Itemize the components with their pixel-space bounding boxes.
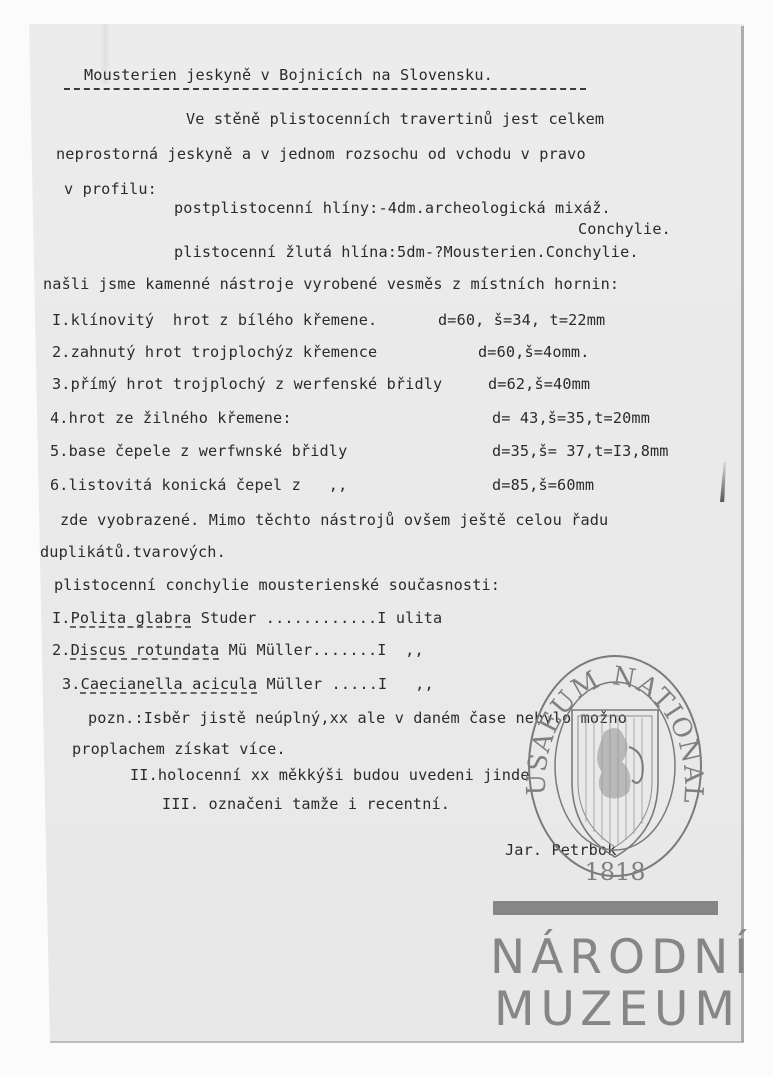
profile-line-3: plistocenní žlutá hlína:5dm-?Mousterien.… <box>174 243 639 261</box>
profile-line-2: Conchylie. <box>578 220 671 238</box>
shell-item-3-num: 3. <box>62 675 81 693</box>
tool-item-4-dims: d= 43,š=35,t=20mm <box>492 409 650 427</box>
profile-line-1: postplistocenní hlíny:-4dm.archeologická… <box>174 199 611 217</box>
logo-line-2: MUZEUM <box>494 986 741 1034</box>
note-line-3: II.holocenní xx měkkýši budou uvedeni ji… <box>130 766 530 784</box>
tool-item-6-dims: d=85,š=60mm <box>492 476 594 494</box>
logo-bar <box>493 901 718 915</box>
lion-shield-icon <box>572 710 658 857</box>
scanned-document: Mousterien jeskyně v Bojnicích na Sloven… <box>0 0 773 1077</box>
shell-item-1-num: I. <box>52 609 71 627</box>
paper-edge-bottom <box>50 1041 744 1043</box>
tool-item-2-desc: 2.zahnutý hrot trojplochýz křemence <box>52 343 377 361</box>
shells-intro: plistocenní conchylie mousterienské souč… <box>54 576 500 594</box>
tool-item-2-dims: d=60,š=4omm. <box>478 343 590 361</box>
shell-item-1-rest: Studer ............I ulita <box>191 609 442 627</box>
after-tools-line-2: duplikátů.tvarových. <box>40 543 226 561</box>
tool-item-4-desc: 4.hrot ze žilného křemene: <box>50 409 292 427</box>
stamp-year: 1818 <box>584 858 645 884</box>
intro-line-2: neprostorná jeskyně a v jednom rozsochu … <box>56 145 586 163</box>
shell-item-2: 2.Discus rotundata Mü Müller.......I ,, <box>52 641 424 659</box>
shell-item-2-rest: Mü Müller.......I ,, <box>219 641 423 659</box>
tool-item-1-desc: I.klínovitý hrot z bílého křemene. <box>52 311 377 329</box>
shell-item-2-name: Discus rotundata <box>71 641 220 659</box>
note-line-4: III. označeni tamže i recentní. <box>162 795 450 813</box>
note-line-2: proplachem získat více. <box>72 740 286 758</box>
intro-line-1: Ve stěně plistocenních travertinů jest c… <box>186 110 604 128</box>
paper-edge-right <box>741 26 744 1042</box>
tools-intro: našli jsme kamenné nástroje vyrobené ves… <box>43 275 619 293</box>
shell-item-3-rest: Müller .....I ,, <box>257 675 434 693</box>
shell-item-3-name: Caecianella acicula <box>81 675 258 693</box>
museum-stamp: MUSAEUM NATIONALE 1818 <box>524 652 706 884</box>
logo-line-1: NÁRODNÍ <box>490 934 754 982</box>
tool-item-5-desc: 5.base čepele z werfwnské břidly <box>50 442 347 460</box>
intro-line-3: v profilu: <box>64 180 157 198</box>
tool-item-5-dims: d=35,š= 37,t=I3,8mm <box>492 442 669 460</box>
tool-item-1-dims: d=60, š=34, t=22mm <box>438 311 605 329</box>
after-tools-line-1: zde vyobrazené. Mimo těchto nástrojů ovš… <box>60 511 608 529</box>
paper-sheet <box>29 24 744 1043</box>
title-underline <box>64 88 586 90</box>
shell-item-1: I.Polita glabra Studer ............I uli… <box>52 609 442 627</box>
shell-item-2-num: 2. <box>52 641 71 659</box>
tool-item-3-dims: d=62,š=40mm <box>488 375 590 393</box>
document-title: Mousterien jeskyně v Bojnicích na Sloven… <box>84 66 493 84</box>
shell-item-3: 3.Caecianella acicula Müller .....I ,, <box>62 675 434 693</box>
tool-item-6-desc: 6.listovitá konická čepel z ,, <box>50 476 347 494</box>
shell-item-1-name: Polita glabra <box>71 609 192 627</box>
tool-item-3-desc: 3.přímý hrot trojplochý z werfenské břid… <box>52 375 442 393</box>
